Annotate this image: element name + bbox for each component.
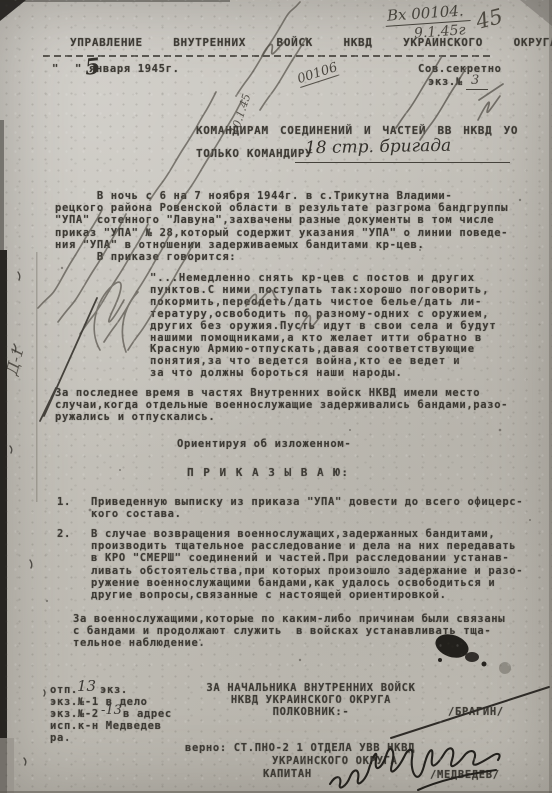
body-paragraph-1: В ночь с 6 на 7 ноября 1944г. в с.Трикут… [55,190,508,263]
copies-line2: экз.№-1 в дело [50,696,148,708]
outgoing-number: 00106 [296,60,340,88]
signer-name: /БРАГИН/ [448,706,504,718]
surveillance-paragraph: За военнослужащими,которые по каким-либо… [73,613,505,650]
certifier-name: /МЕДВЕДЕВ/ [430,769,500,781]
copy-label: экз.№ [428,76,463,88]
certify-line1: верно: СТ.ПНО-2 1 ОТДЕЛА УВВ НКВД [185,742,415,754]
order-item-1: Приведенную выписку из приказа "УПА" дов… [91,496,523,520]
handwritten-unit: 18 стр. бригада [305,136,452,159]
order-quote: "...Немедленно снять кр-цев с постов и д… [150,273,497,380]
copies-line4: исп.к-н Медведев [50,720,162,732]
org-header: УПРАВЛЕНИЕ ВНУТРЕННИХ ВОЙСК НКВД УКРАИНС… [70,37,552,49]
copies-line3b: в адрес [123,708,172,720]
copies-range: -13 [101,703,122,718]
certify-line2: УКРАИНСКОГО ОКРУГА [272,755,398,767]
addressee-line: КОМАНДИРАМ СОЕДИНЕНИЙ И ЧАСТЕЙ ВВ НКВД У… [196,125,518,137]
body-paragraph-2: За последнее время в частях Внутренних в… [55,387,508,424]
copies-prefix: отп. [50,684,78,696]
secrecy-label: Сов.секретно [418,63,502,75]
date-line: "" января 1945г. [52,63,180,75]
order-item-2-num: 2. [57,528,71,540]
signer-block: ЗА НАЧАЛЬНИКА ВНУТРЕННИХ ВОЙСК НКВД УКРА… [196,682,426,719]
certify-line3: КАПИТАН [263,768,312,780]
dashed-rule [43,55,491,57]
copy-number: 3 [466,73,488,90]
orientation-line: Ориентируя об изложенном- [177,438,351,450]
copies-count: 13 [77,677,96,695]
copies-line3a: экз.№-2 [50,708,99,720]
d1-margin-mark: Д-1 [2,344,28,377]
page-number: 45 [473,4,505,34]
date-open-quote: " [52,63,59,75]
order-item-2: В случае возвращения военнослужащих,заде… [91,528,523,601]
order-item-1-num: 1. [57,496,71,508]
document-scan: УПРАВЛЕНИЕ ВНУТРЕННИХ ВОЙСК НКВД УКРАИНС… [0,0,552,793]
copies-suffix: экз. [100,684,128,696]
copies-line5: ра. [50,732,71,744]
order-heading: П Р И К А З Ы В А Ю: [187,467,349,479]
handwritten-day: 5 [84,53,102,80]
